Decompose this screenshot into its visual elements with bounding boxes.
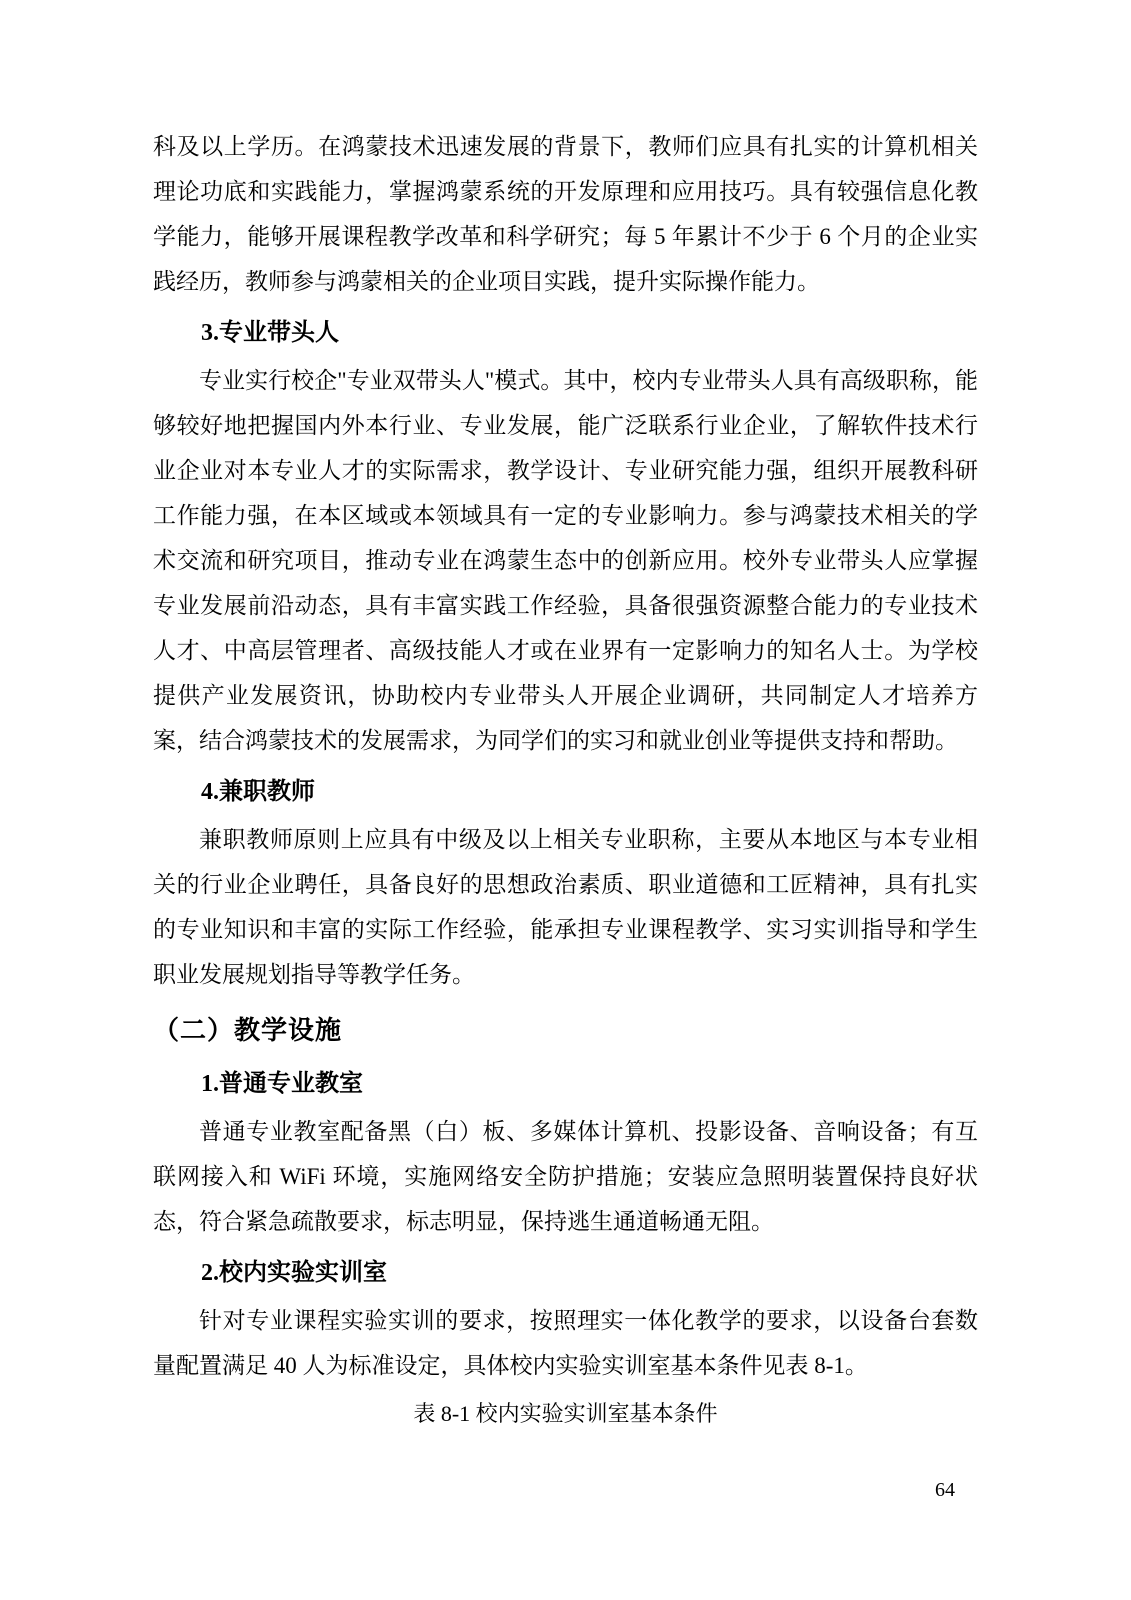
paragraph-professional-leader: 专业实行校企"专业双带头人"模式。其中，校内专业带头人具有高级职称，能够较好地把…: [153, 358, 978, 763]
heading-general-classroom: 1.普通专业教室: [153, 1062, 978, 1107]
page-number: 64: [935, 1478, 955, 1502]
paragraph-teacher-requirements-continuation: 科及以上学历。在鸿蒙技术迅速发展的背景下，教师们应具有扎实的计算机相关理论功底和…: [153, 124, 978, 304]
paragraph-parttime-teacher: 兼职教师原则上应具有中级及以上相关专业职称，主要从本地区与本专业相关的行业企业聘…: [153, 817, 978, 997]
heading-teaching-facilities: （二）教学设施: [153, 1005, 978, 1055]
table-caption: 表 8-1 校内实验实训室基本条件: [153, 1394, 978, 1434]
document-body: 科及以上学历。在鸿蒙技术迅速发展的背景下，教师们应具有扎实的计算机相关理论功底和…: [153, 124, 978, 1434]
paragraph-general-classroom: 普通专业教室配备黑（白）板、多媒体计算机、投影设备、音响设备；有互联网接入和 W…: [153, 1109, 978, 1244]
paragraph-campus-lab: 针对专业课程实验实训的要求，按照理实一体化教学的要求，以设备台套数量配置满足 4…: [153, 1298, 978, 1388]
heading-parttime-teacher: 4.兼职教师: [153, 770, 978, 815]
heading-campus-lab: 2.校内实验实训室: [153, 1251, 978, 1296]
heading-professional-leader: 3.专业带头人: [153, 311, 978, 356]
document-page: 科及以上学历。在鸿蒙技术迅速发展的背景下，教师们应具有扎实的计算机相关理论功底和…: [0, 0, 1131, 1600]
